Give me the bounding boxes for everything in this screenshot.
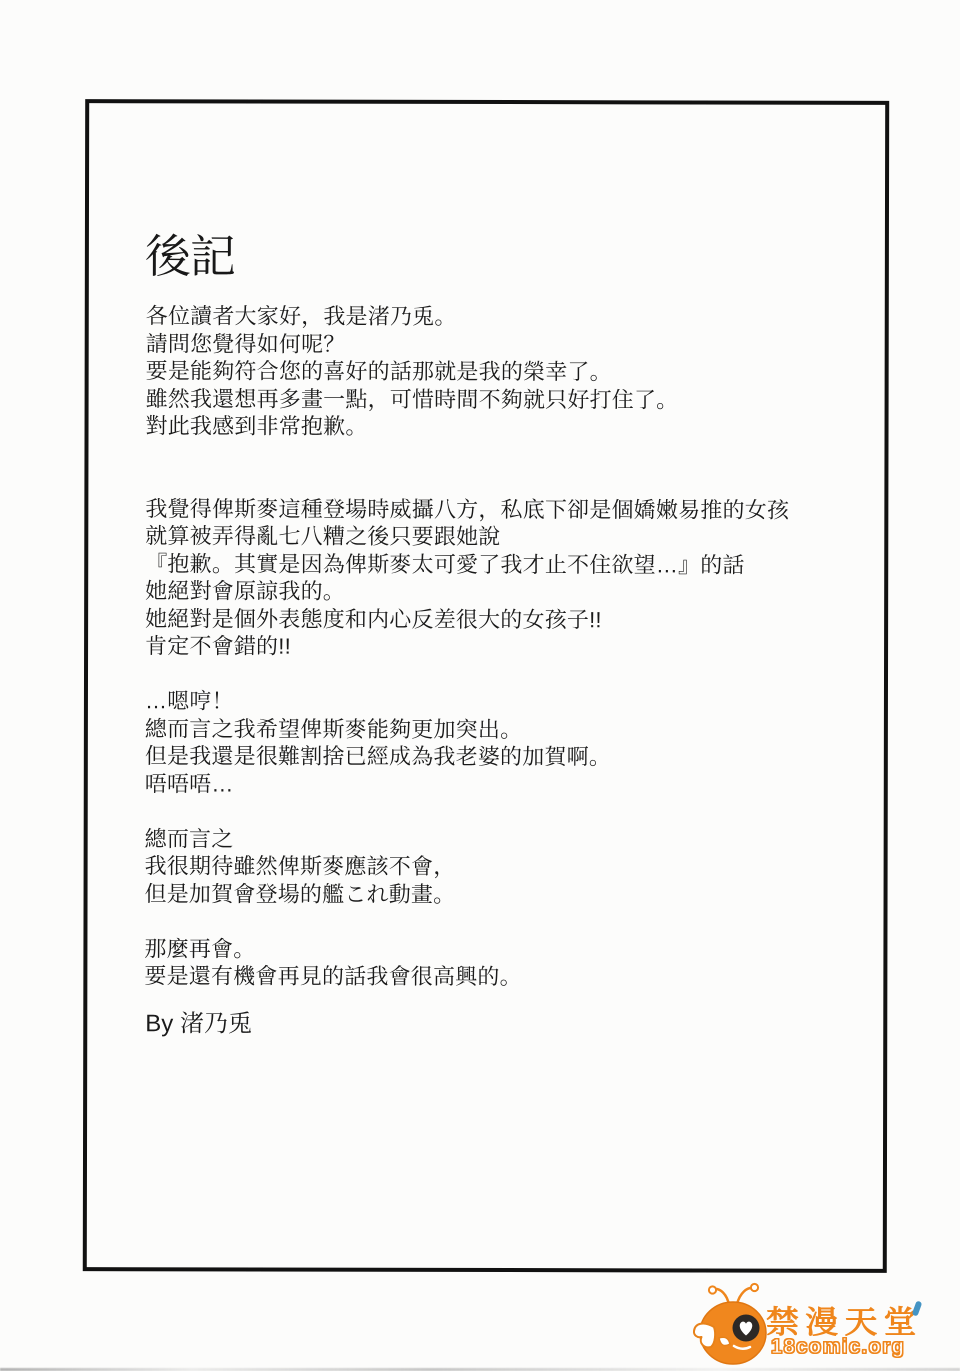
author-byline: By 渚乃兎 <box>145 1003 252 1038</box>
page-title: 後記 <box>145 220 235 286</box>
site-watermark: 禁漫天堂 18comic.org <box>692 1281 960 1371</box>
whale-mascot-icon <box>692 1281 772 1369</box>
printed-content: 後記 各位讀者大家好，我是渚乃兎。 請問您覺得如何呢？ 要是能夠符合您的喜好的話… <box>0 0 960 1371</box>
afterword-page: 後記 各位讀者大家好，我是渚乃兎。 請問您覺得如何呢？ 要是能夠符合您的喜好的話… <box>0 0 960 1371</box>
afterword-body-text: 各位讀者大家好，我是渚乃兎。 請問您覺得如何呢？ 要是能夠符合您的喜好的話那就是… <box>144 302 845 991</box>
site-url-text: 18comic.org <box>771 1336 905 1359</box>
